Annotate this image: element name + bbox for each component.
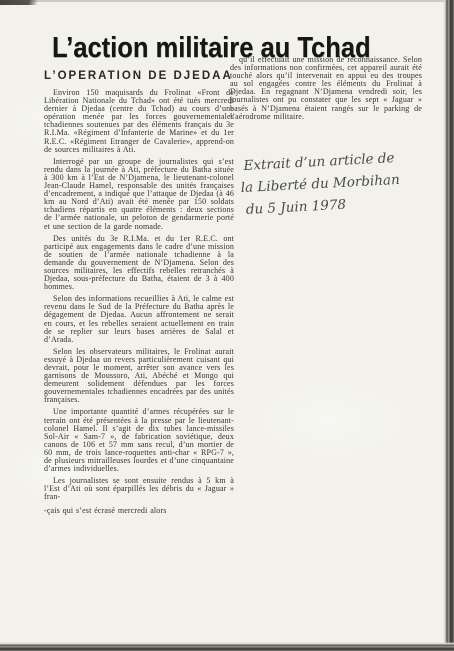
cutoff-continuation-line: -çais qui s’est écrasé mercredi alors bbox=[44, 507, 234, 515]
section-heading: L’OPERATION DE DJEDAA bbox=[44, 70, 234, 82]
scan-shadow-right bbox=[443, 0, 454, 651]
scan-shadow-bottom bbox=[0, 642, 454, 651]
paragraph: Des unités du 3e R.I.Ma. et du 1er R.E.C… bbox=[44, 235, 234, 292]
scan-artifact-streak bbox=[0, 0, 38, 5]
paragraph: Interrogé par un groupe de journalistes … bbox=[44, 158, 234, 231]
paragraph: Selon des informations recueillies à Ati… bbox=[44, 295, 234, 344]
paragraph: Une importante quantité d’armes récupéré… bbox=[44, 408, 234, 473]
newspaper-clipping-scan: L’action militaire au Tchad L’OPERATION … bbox=[0, 0, 454, 651]
paragraph: Environ 150 maquisards du Frolinat «Fron… bbox=[44, 89, 234, 154]
paragraph: qu’il effectuait une mission de reconnai… bbox=[230, 56, 422, 121]
paragraph: Selon les observateurs militaires, le Fr… bbox=[44, 348, 234, 405]
scan-top-edge-line bbox=[0, 0, 454, 2]
left-column: L’OPERATION DE DJEDAA Environ 150 maquis… bbox=[44, 70, 234, 519]
handwritten-annotation: Extrait d’un article de la Liberté du Mo… bbox=[243, 145, 446, 221]
right-column: qu’il effectuait une mission de reconnai… bbox=[230, 56, 422, 125]
paragraph: Les journalistes se sont ensuite rendus … bbox=[44, 477, 234, 501]
